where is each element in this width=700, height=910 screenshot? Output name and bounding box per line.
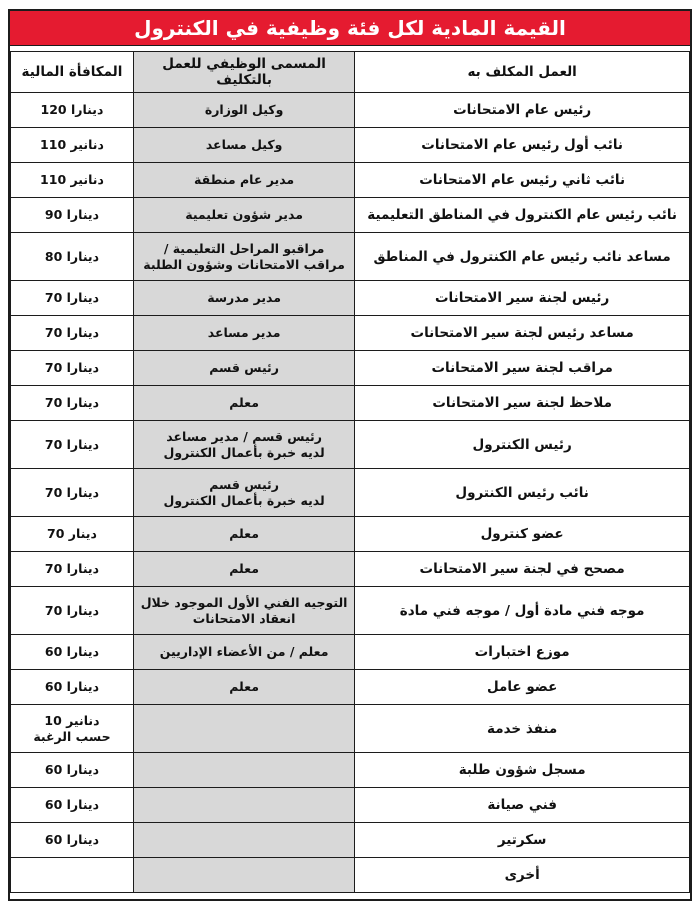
job-cell bbox=[133, 705, 354, 753]
work-cell: نائب ثاني رئيس عام الامتحانات bbox=[355, 163, 690, 198]
table-row: عضو كنترولمعلم70 دينار bbox=[11, 517, 690, 552]
reward-cell: 70 دينارا bbox=[11, 421, 134, 469]
reward-cell: 70 دينارا bbox=[11, 281, 134, 316]
work-cell: مصحح في لجنة سير الامتحانات bbox=[355, 552, 690, 587]
column-header-work: العمل المكلف به bbox=[355, 52, 690, 93]
table-body: رئيس عام الامتحاناتوكيل الوزارة120 دينار… bbox=[11, 93, 690, 893]
work-cell: سكرتير bbox=[355, 823, 690, 858]
table-row: مراقب لجنة سير الامتحاناترئيس قسم70 دينا… bbox=[11, 351, 690, 386]
job-cell: وكيل الوزارة bbox=[133, 93, 354, 128]
work-cell: موجه فني مادة أول / موجه فني مادة bbox=[355, 587, 690, 635]
job-cell: معلم bbox=[133, 386, 354, 421]
table-row: رئيس لجنة سير الامتحاناتمدير مدرسة70 دين… bbox=[11, 281, 690, 316]
table-row: نائب أول رئيس عام الامتحاناتوكيل مساعد11… bbox=[11, 128, 690, 163]
table-row: رئيس الكنترولرئيس قسم / مدير مساعد لديه … bbox=[11, 421, 690, 469]
job-cell: مدير مدرسة bbox=[133, 281, 354, 316]
fee-table: العمل المكلف به المسمى الوظيفي للعمل بال… bbox=[10, 51, 690, 893]
work-cell: أخرى bbox=[355, 858, 690, 893]
reward-cell: 110 دنانير bbox=[11, 163, 134, 198]
table-row: رئيس عام الامتحاناتوكيل الوزارة120 دينار… bbox=[11, 93, 690, 128]
job-cell: معلم / من الأعضاء الإداريين bbox=[133, 635, 354, 670]
work-cell: ملاحظ لجنة سير الامتحانات bbox=[355, 386, 690, 421]
table-frame: القيمة المادية لكل فئة وظيفية في الكنترو… bbox=[8, 9, 692, 901]
table-row: سكرتير60 دينارا bbox=[11, 823, 690, 858]
work-cell: رئيس لجنة سير الامتحانات bbox=[355, 281, 690, 316]
column-header-reward: المكافأة المالية bbox=[11, 52, 134, 93]
work-cell: رئيس عام الامتحانات bbox=[355, 93, 690, 128]
reward-cell: 70 دينارا bbox=[11, 386, 134, 421]
work-cell: رئيس الكنترول bbox=[355, 421, 690, 469]
reward-cell: 70 دينارا bbox=[11, 351, 134, 386]
table-row: عضو عاملمعلم60 دينارا bbox=[11, 670, 690, 705]
job-cell: وكيل مساعد bbox=[133, 128, 354, 163]
table-title: القيمة المادية لكل فئة وظيفية في الكنترو… bbox=[10, 11, 690, 46]
table-row: موجه فني مادة أول / موجه فني مادةالتوجيه… bbox=[11, 587, 690, 635]
reward-cell bbox=[11, 858, 134, 893]
job-cell: مراقبو المراحل التعليمية / مراقب الامتحا… bbox=[133, 233, 354, 281]
reward-cell: 60 دينارا bbox=[11, 753, 134, 788]
job-cell: رئيس قسم لديه خبرة بأعمال الكنترول bbox=[133, 469, 354, 517]
job-cell bbox=[133, 753, 354, 788]
job-cell: معلم bbox=[133, 552, 354, 587]
job-cell bbox=[133, 788, 354, 823]
work-cell: عضو عامل bbox=[355, 670, 690, 705]
table-row: نائب رئيس الكنترولرئيس قسم لديه خبرة بأع… bbox=[11, 469, 690, 517]
job-cell bbox=[133, 858, 354, 893]
reward-cell: 120 دينارا bbox=[11, 93, 134, 128]
table-row: مسجل شؤون طلبة60 دينارا bbox=[11, 753, 690, 788]
table-row: ملاحظ لجنة سير الامتحاناتمعلم70 دينارا bbox=[11, 386, 690, 421]
job-cell: مدير مساعد bbox=[133, 316, 354, 351]
work-cell: نائب رئيس عام الكنترول في المناطق التعلي… bbox=[355, 198, 690, 233]
reward-cell: 90 دينارا bbox=[11, 198, 134, 233]
reward-cell: 110 دنانير bbox=[11, 128, 134, 163]
job-cell: مدير شؤون تعليمية bbox=[133, 198, 354, 233]
job-cell: معلم bbox=[133, 517, 354, 552]
reward-cell: 70 دينارا bbox=[11, 587, 134, 635]
reward-cell: 70 دينار bbox=[11, 517, 134, 552]
reward-cell: 60 دينارا bbox=[11, 788, 134, 823]
job-cell: معلم bbox=[133, 670, 354, 705]
reward-cell: 60 دينارا bbox=[11, 635, 134, 670]
work-cell: مراقب لجنة سير الامتحانات bbox=[355, 351, 690, 386]
reward-cell: 60 دينارا bbox=[11, 823, 134, 858]
reward-cell: 70 دينارا bbox=[11, 469, 134, 517]
work-cell: مساعد رئيس لجنة سير الامتحانات bbox=[355, 316, 690, 351]
work-cell: منفذ خدمة bbox=[355, 705, 690, 753]
job-cell bbox=[133, 823, 354, 858]
table-row: نائب ثاني رئيس عام الامتحاناتمدير عام من… bbox=[11, 163, 690, 198]
job-cell: التوجيه الفني الأول الموجود خلال انعقاد … bbox=[133, 587, 354, 635]
work-cell: فني صيانة bbox=[355, 788, 690, 823]
job-cell: رئيس قسم / مدير مساعد لديه خبرة بأعمال ا… bbox=[133, 421, 354, 469]
reward-cell: 70 دينارا bbox=[11, 552, 134, 587]
work-cell: مساعد نائب رئيس عام الكنترول في المناطق bbox=[355, 233, 690, 281]
work-cell: نائب رئيس الكنترول bbox=[355, 469, 690, 517]
column-header-job-title: المسمى الوظيفي للعمل بالتكليف bbox=[133, 52, 354, 93]
reward-cell: 10 دنانير حسب الرغبة bbox=[11, 705, 134, 753]
table-row: فني صيانة60 دينارا bbox=[11, 788, 690, 823]
table-row: مساعد نائب رئيس عام الكنترول في المناطقم… bbox=[11, 233, 690, 281]
table-row: موزع اختباراتمعلم / من الأعضاء الإداريين… bbox=[11, 635, 690, 670]
job-cell: رئيس قسم bbox=[133, 351, 354, 386]
table-row: أخرى bbox=[11, 858, 690, 893]
table-row: منفذ خدمة10 دنانير حسب الرغبة bbox=[11, 705, 690, 753]
job-cell: مدير عام منطقة bbox=[133, 163, 354, 198]
work-cell: عضو كنترول bbox=[355, 517, 690, 552]
reward-cell: 60 دينارا bbox=[11, 670, 134, 705]
work-cell: مسجل شؤون طلبة bbox=[355, 753, 690, 788]
work-cell: نائب أول رئيس عام الامتحانات bbox=[355, 128, 690, 163]
table-row: نائب رئيس عام الكنترول في المناطق التعلي… bbox=[11, 198, 690, 233]
reward-cell: 70 دينارا bbox=[11, 316, 134, 351]
header-row: العمل المكلف به المسمى الوظيفي للعمل بال… bbox=[11, 52, 690, 93]
work-cell: موزع اختبارات bbox=[355, 635, 690, 670]
table-row: مساعد رئيس لجنة سير الامتحاناتمدير مساعد… bbox=[11, 316, 690, 351]
scanned-page: القيمة المادية لكل فئة وظيفية في الكنترو… bbox=[0, 0, 700, 910]
reward-cell: 80 دينارا bbox=[11, 233, 134, 281]
table-row: مصحح في لجنة سير الامتحاناتمعلم70 دينارا bbox=[11, 552, 690, 587]
